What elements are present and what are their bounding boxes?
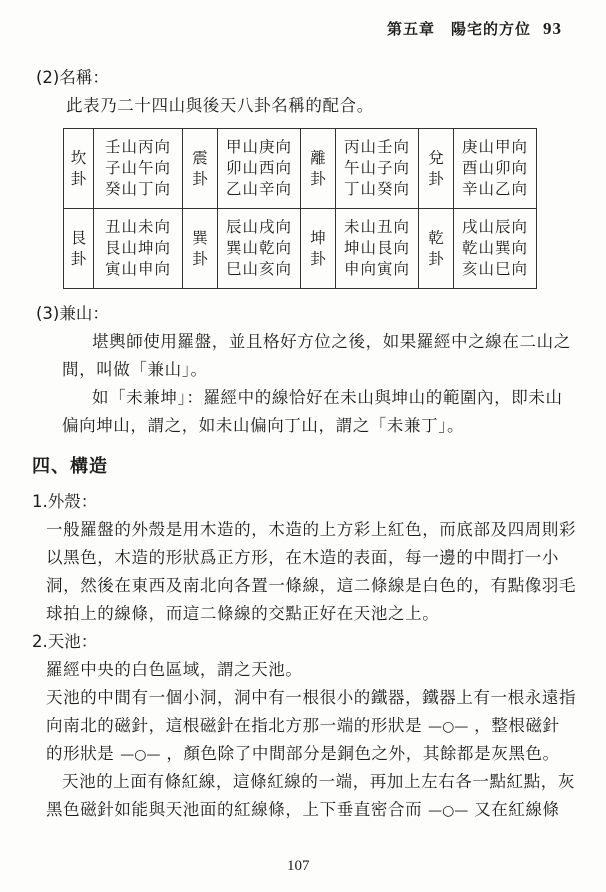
needle-symbol-icon: —○— (120, 747, 160, 763)
needle-symbol-icon: —○— (428, 803, 468, 819)
shell-line: 洞，然後在東西及南北向各置一條線，這二條線是白色的，有點像羽毛 (46, 572, 576, 596)
gua-label: 離卦 (301, 129, 336, 209)
gua-label: 震卦 (183, 129, 218, 209)
mountain-directions: 壬山丙向子山午向癸山丁向 (94, 129, 183, 209)
gua-label: 艮卦 (64, 209, 94, 289)
chapter-title: 第五章 陽宅的方位 (387, 20, 531, 38)
gua-label: 坤卦 (301, 209, 336, 289)
mountain-directions: 甲山庚向卯山西向乙山辛向 (218, 129, 301, 209)
item-heading-tianchi: 2.天池： (32, 628, 97, 652)
footer-page-number: 107 (287, 858, 310, 875)
shell-line: 一般羅盤的外殼是用木造的，木造的上方彩上紅色，而底部及四周則彩 (46, 516, 576, 540)
mountain-directions: 未山丑向坤山艮向申向寅向 (336, 209, 419, 289)
mountain-directions: 辰山戌向巽山乾向巳山亥向 (218, 209, 301, 289)
tianchi-line: 天池的中間有一個小洞，洞中有一根很小的鐵器，鐵器上有一根永遠指 (46, 684, 576, 708)
tianchi-line: 的形狀是 —○— ，顏色除了中間部分是銅色之外，其餘都是灰黑色。 (46, 740, 560, 764)
gua-label: 坎卦 (64, 129, 94, 209)
header-page-number: 93 (543, 19, 562, 38)
gua-mountain-table: 坎卦 壬山丙向子山午向癸山丁向 震卦 甲山庚向卯山西向乙山辛向 離卦 丙山壬向午… (63, 128, 537, 289)
tianchi-line: 天池的上面有條紅線，這條紅線的一端，再加上左右各一點紅點，灰 (62, 768, 575, 792)
table-row: 艮卦 丑山未向艮山坤向寅山申向 巽卦 辰山戌向巽山乾向巳山亥向 坤卦 未山丑向坤… (64, 209, 537, 289)
mountain-directions: 丑山未向艮山坤向寅山申向 (94, 209, 183, 289)
gua-label: 巽卦 (183, 209, 218, 289)
jianshan-para2-line2: 偏向坤山，謂之，如未山偏向丁山，謂之「未兼丁」。 (62, 412, 464, 436)
mountain-directions: 庚山甲向酉山卯向辛山乙向 (454, 129, 537, 209)
tianchi-line: 黑色磁針如能與天池面的紅線條，上下垂直密合而 —○— 又在紅線條 (46, 796, 560, 820)
tianchi-line: 羅經中央的白色區域，謂之天池。 (46, 656, 303, 680)
section-heading-names: (2)名稱： (36, 64, 109, 88)
jianshan-para1-line2: 間，叫做「兼山」。 (62, 356, 208, 380)
section-heading-jianshan: (3)兼山： (36, 300, 109, 324)
mountain-directions: 戌山辰向乾山巽向亥山巳向 (454, 209, 537, 289)
names-intro: 此表乃二十四山與後天八卦名稱的配合。 (66, 92, 374, 116)
shell-line: 以黑色，木造的形狀爲正方形，在木造的表面，每一邊的中間打一小 (46, 544, 559, 568)
jianshan-para1-line1: 堪輿師使用羅盤，並且格好方位之後，如果羅經中之線在二山之 (92, 328, 571, 352)
item-heading-shell: 1.外殼： (32, 488, 97, 512)
mountain-directions: 丙山壬向午山子向丁山癸向 (336, 129, 419, 209)
section-heading-structure: 四、構造 (32, 452, 108, 478)
shell-line: 球拍上的線條，而這二條線的交點正好在天池之上。 (46, 600, 439, 624)
table-row: 坎卦 壬山丙向子山午向癸山丁向 震卦 甲山庚向卯山西向乙山辛向 離卦 丙山壬向午… (64, 129, 537, 209)
tianchi-line: 向南北的磁針，這根磁針在指北方那一端的形狀是 —○— ，整根磁針 (46, 712, 560, 736)
jianshan-para2-line1: 如「未兼坤」：羅經中的線恰好在未山與坤山的範圍內，即未山 (92, 384, 563, 408)
needle-symbol-icon: —○— (428, 719, 468, 735)
gua-label: 乾卦 (419, 209, 454, 289)
gua-label: 兌卦 (419, 129, 454, 209)
running-header: 第五章 陽宅的方位93 (387, 18, 562, 39)
